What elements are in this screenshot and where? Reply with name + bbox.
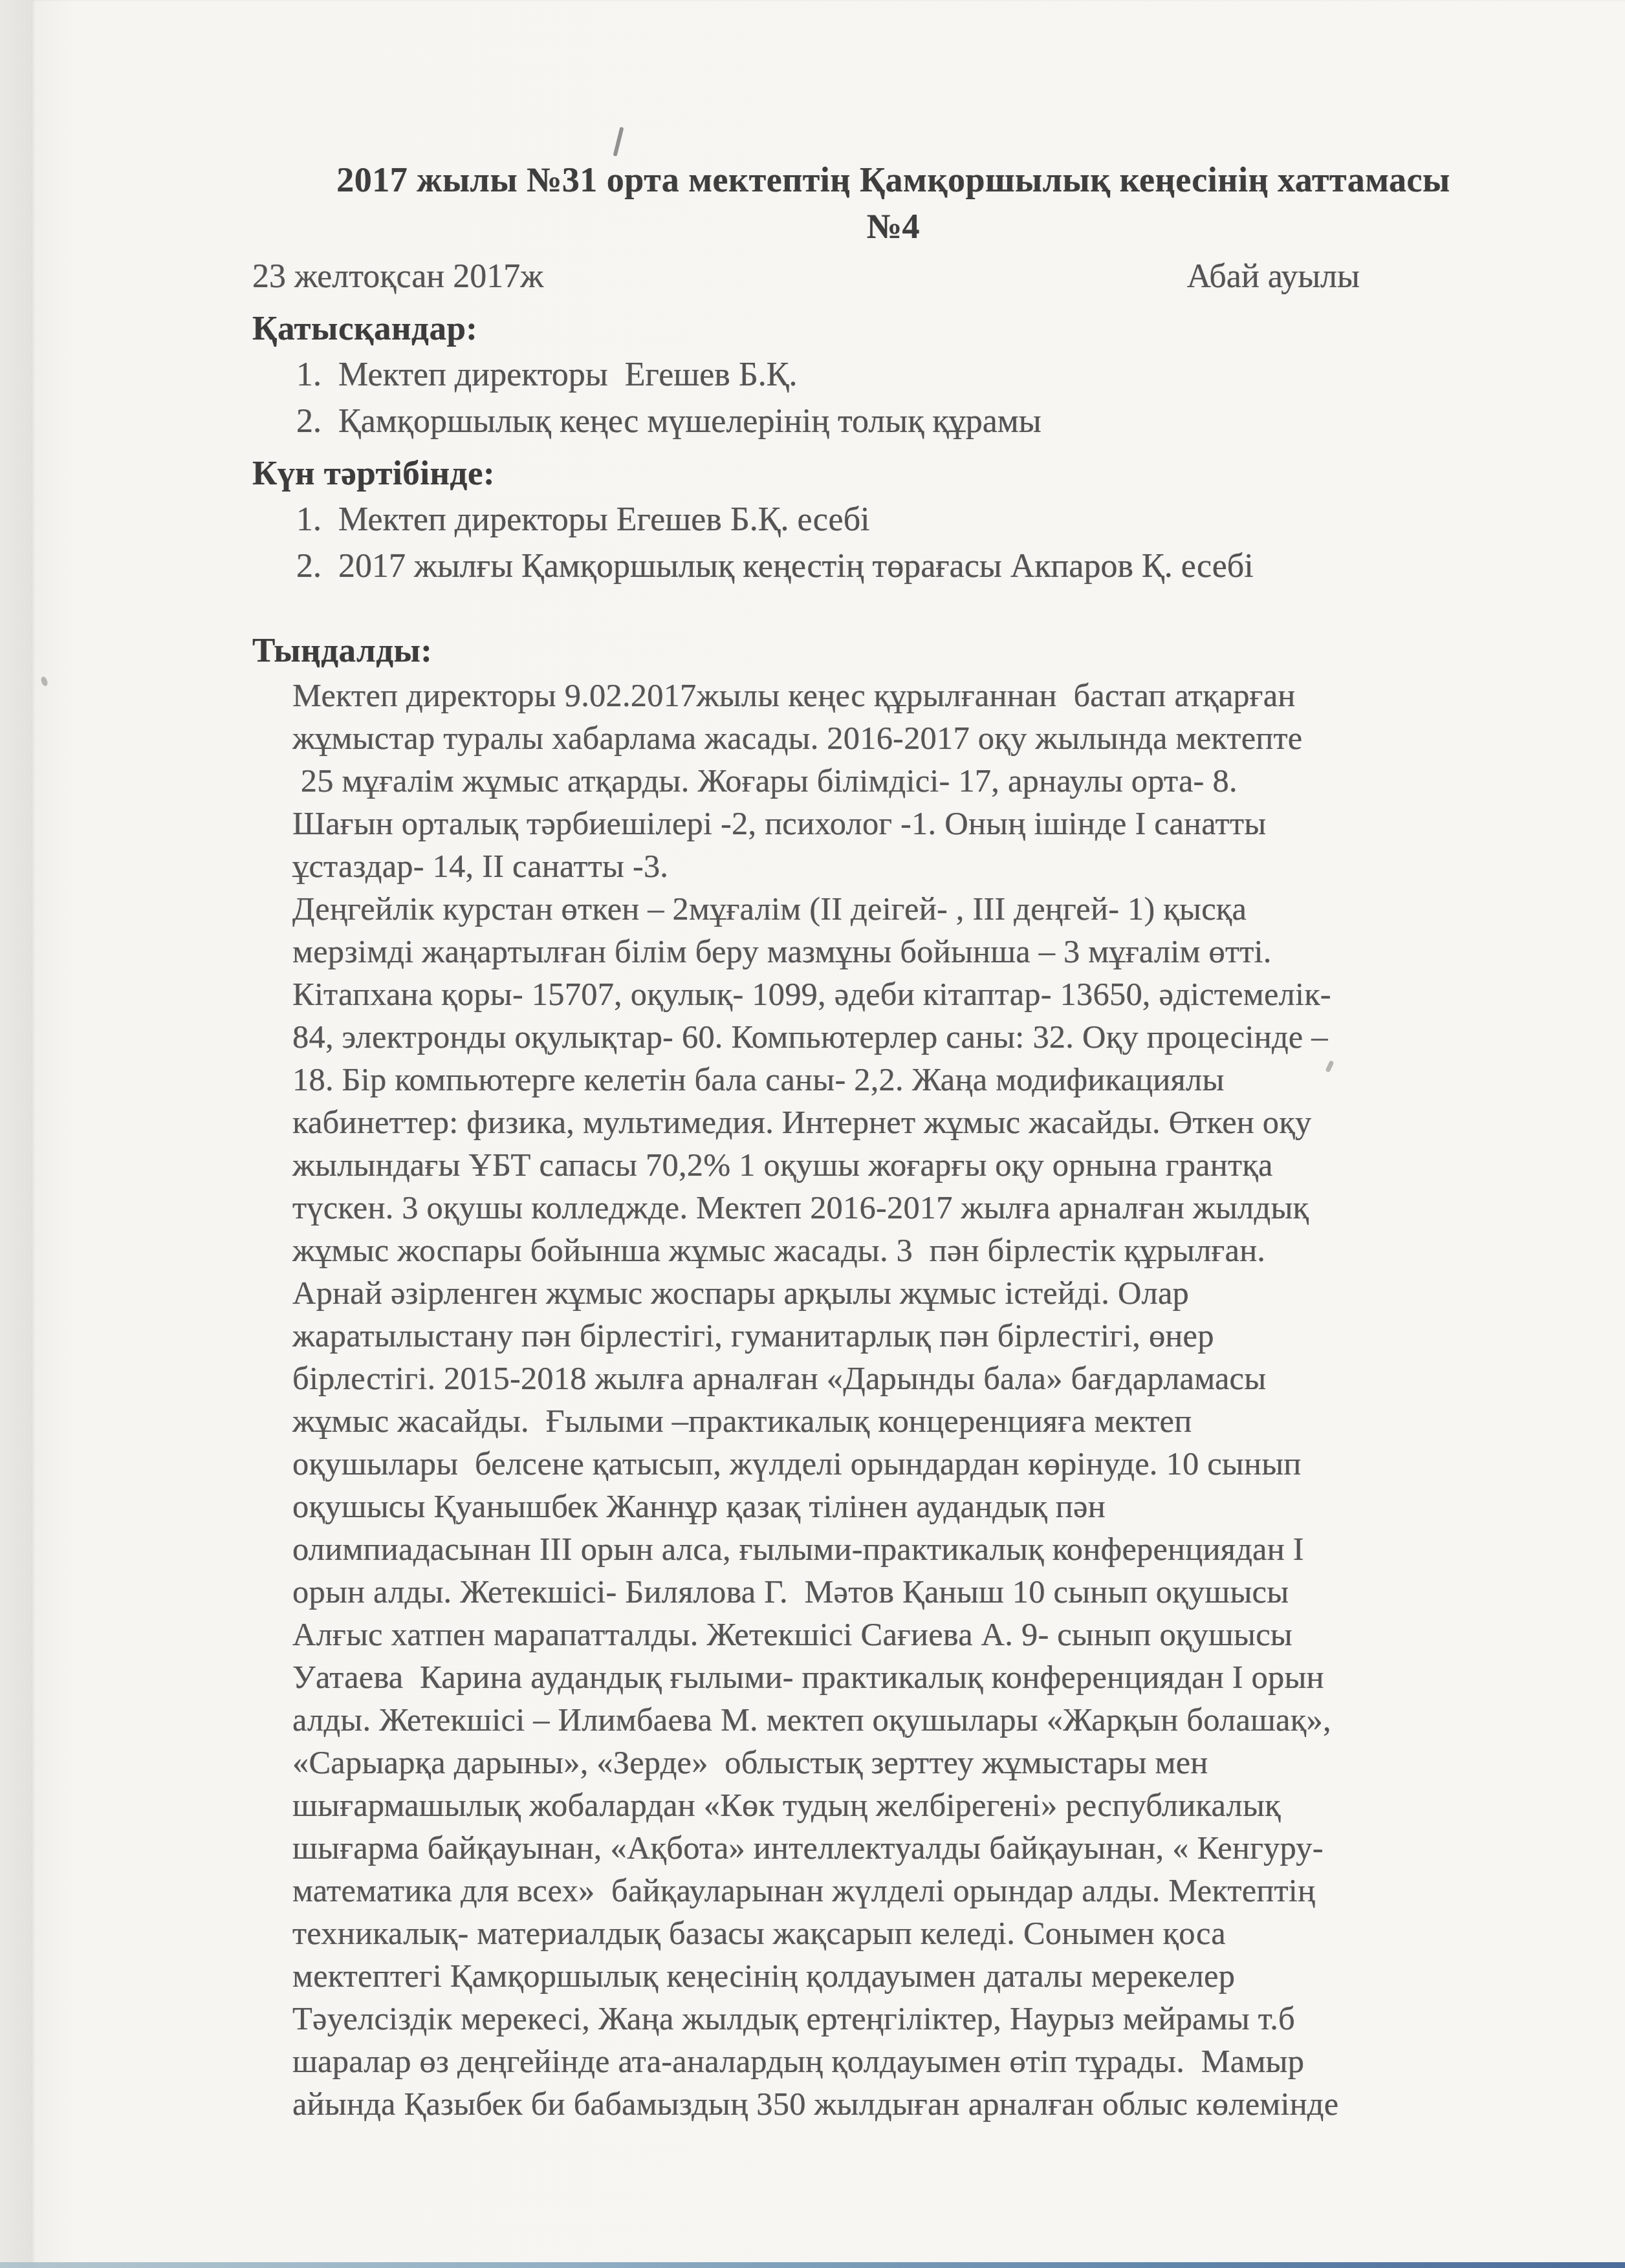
body-line: «Сарыарқа дарыны», «Зерде» облыстық зерт… — [292, 1741, 1534, 1784]
agenda-list: 1. Мектеп директоры Егешев Б.Қ. есебі2. … — [296, 497, 1534, 590]
meeting-date: 23 желтоқсан 2017ж — [252, 254, 543, 300]
title-line-1: 2017 жылы №31 орта мектептің Қамқоршылық… — [252, 157, 1534, 203]
body-line: Деңгейлік курстан өткен – 2мұғалім (II д… — [292, 887, 1534, 930]
meeting-place: Абай ауылы — [1186, 254, 1534, 300]
body-line: шығарма байқауынан, «Ақбота» интеллектуа… — [292, 1826, 1534, 1869]
body-line: шаралар өз деңгейінде ата-аналардың қолд… — [292, 2040, 1534, 2082]
document-title: 2017 жылы №31 орта мектептің Қамқоршылық… — [252, 157, 1534, 250]
body-line: Мектеп директоры 9.02.2017жылы кеңес құр… — [292, 674, 1534, 717]
body-line: жұмыстар туралы хабарлама жасады. 2016-2… — [292, 717, 1534, 759]
document-body: Мектеп директоры 9.02.2017жылы кеңес құр… — [292, 674, 1534, 2125]
body-line: түскен. 3 оқушы колледжде. Мектеп 2016-2… — [292, 1186, 1534, 1229]
attendee-item: 1. Мектеп директоры Егешев Б.Қ. — [296, 352, 1534, 398]
body-line: мектептегі Қамқоршылық кеңесінің қолдауы… — [292, 1954, 1534, 1997]
agenda-heading: Күн тәртібінде: — [252, 450, 1534, 497]
body-line: ұстаздар- 14, II санатты -3. — [292, 845, 1534, 887]
body-line: оқушысы Қуанышбек Жаннұр қазақ тілінен а… — [292, 1485, 1534, 1528]
body-line: жұмыс жоспары бойынша жұмыс жасады. 3 пә… — [292, 1229, 1534, 1271]
heard-heading: Тыңдалды: — [252, 627, 1534, 674]
agenda-item: 2. 2017 жылғы Қамқоршылық кеңестің төрағ… — [296, 543, 1534, 590]
body-line: жаратылыстану пән бірлестігі, гуманитарл… — [292, 1314, 1534, 1357]
scan-speck — [40, 676, 49, 687]
bottom-scan-line — [0, 2262, 1625, 2268]
agenda-item: 1. Мектеп директоры Егешев Б.Қ. есебі — [296, 497, 1534, 543]
body-line: Шағын орталық тәрбиешілері -2, психолог … — [292, 802, 1534, 845]
body-line: техникалық- материалдық базасы жақсарып … — [292, 1912, 1534, 1954]
attendees-list: 1. Мектеп директоры Егешев Б.Қ.2. Қамқор… — [296, 352, 1534, 445]
document-page: 2017 жылы №31 орта мектептің Қамқоршылық… — [31, 0, 1625, 2268]
body-line: шығармашылық жобалардан «Көк тудың желбі… — [292, 1784, 1534, 1826]
scanned-document: 2017 жылы №31 орта мектептің Қамқоршылық… — [0, 0, 1625, 2268]
body-line: жұмыс жасайды. Ғылыми –практикалық конце… — [292, 1399, 1534, 1442]
body-line: 84, электронды оқулықтар- 60. Компьютерл… — [292, 1015, 1534, 1058]
body-line: Уатаева Карина аудандық ғылыми- практика… — [292, 1656, 1534, 1698]
attendees-heading: Қатысқандар: — [252, 305, 1534, 352]
body-line: мерзімді жаңартылған білім беру мазмұны … — [292, 930, 1534, 973]
scanner-bed-edge — [0, 0, 31, 2268]
body-line: бірлестігі. 2015-2018 жылға арналған «Да… — [292, 1357, 1534, 1399]
body-line: Тәуелсіздік мерекесі, Жаңа жылдық ертеңг… — [292, 1997, 1534, 2040]
body-line: 25 мұғалім жұмыс атқарды. Жоғары білімді… — [292, 759, 1534, 802]
attendee-item: 2. Қамқоршылық кеңес мүшелерінің толық қ… — [296, 398, 1534, 445]
body-line: кабинеттер: физика, мультимедия. Интерне… — [292, 1101, 1534, 1143]
body-line: Алғыс хатпен марапатталды. Жетекшісі Сағ… — [292, 1613, 1534, 1656]
body-line: Кітапхана қоры- 15707, оқулық- 1099, әде… — [292, 973, 1534, 1015]
body-line: Арнай әзірленген жұмыс жоспары арқылы жұ… — [292, 1271, 1534, 1314]
body-line: 18. Бір компьютерге келетін бала саны- 2… — [292, 1058, 1534, 1101]
body-line: орын алды. Жетекшісі- Билялова Г. Мәтов … — [292, 1570, 1534, 1613]
body-line: алды. Жетекшісі – Илимбаева М. мектеп оқ… — [292, 1698, 1534, 1741]
protocol-number: №4 — [252, 203, 1534, 250]
body-line: оқушылары белсене қатысып, жүлделі орынд… — [292, 1442, 1534, 1485]
body-line: айында Қазыбек би бабамыздың 350 жылдыға… — [292, 2082, 1534, 2125]
body-line: математика для всех» байқауларынан жүлде… — [292, 1869, 1534, 1912]
meta-row: 23 желтоқсан 2017ж Абай ауылы — [252, 254, 1534, 300]
document-content: 2017 жылы №31 орта мектептің Қамқоршылық… — [252, 0, 1534, 2125]
body-line: олимпиадасынан III орын алса, ғылыми-пра… — [292, 1528, 1534, 1570]
body-line: жылындағы ҰБТ сапасы 70,2% 1 оқушы жоғар… — [292, 1143, 1534, 1186]
